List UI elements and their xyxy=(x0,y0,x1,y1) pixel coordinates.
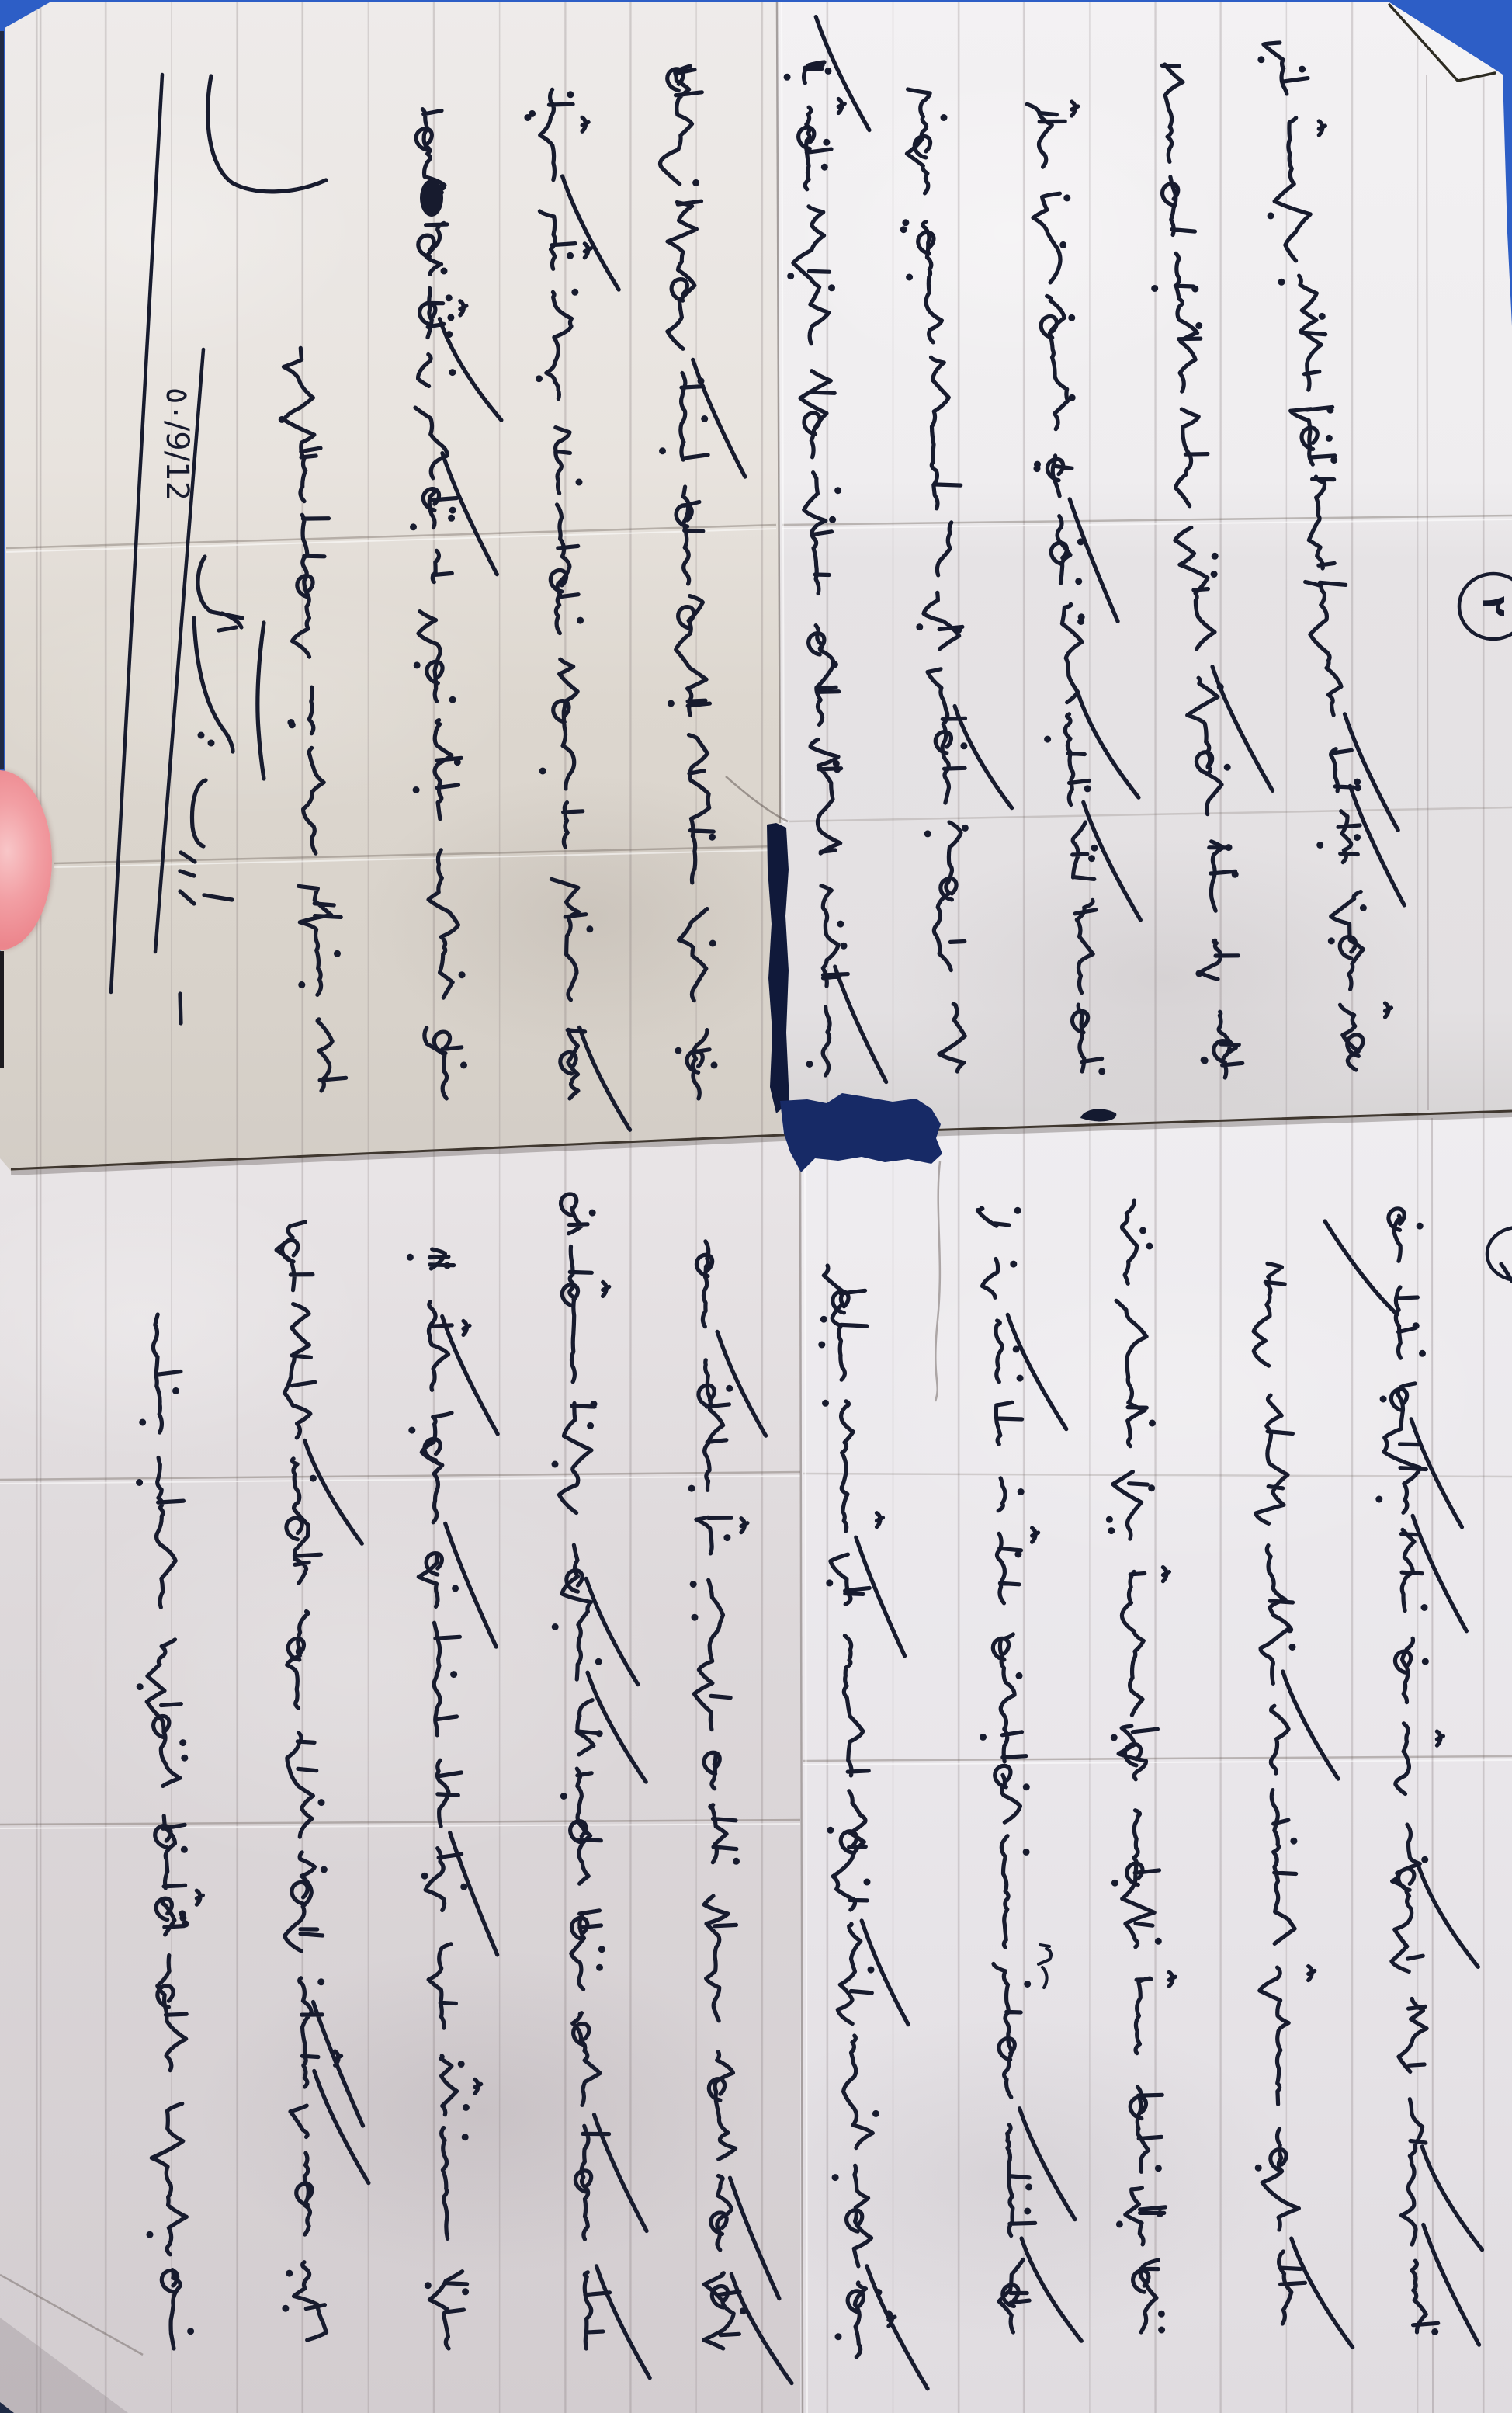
handwritten-line xyxy=(1027,102,1140,1075)
handwritten-line xyxy=(688,1241,792,2383)
handwritten-line xyxy=(1106,1200,1175,2333)
handwritten-line xyxy=(407,1249,498,2349)
handwritten-line xyxy=(279,348,346,1091)
handwritten-line xyxy=(552,1194,650,2378)
crossed-out-word-blot xyxy=(420,179,443,217)
ink-layer xyxy=(0,0,1512,2413)
page-number-text: ٢ xyxy=(1474,596,1512,617)
handwritten-line xyxy=(1151,64,1272,1078)
interlinear-insertion xyxy=(1039,1945,1051,1988)
handwritten-line xyxy=(1254,1263,1353,2347)
date-day: 12 xyxy=(159,461,195,501)
page-number-circle-cut-off xyxy=(1487,1227,1512,1281)
handwritten-line xyxy=(136,1314,203,2349)
folded-corner xyxy=(1389,2,1498,81)
handwritten-line xyxy=(900,89,1012,1071)
handwritten-line xyxy=(818,1266,928,2389)
handwritten-line xyxy=(1375,1209,1482,2345)
handwritten-line xyxy=(784,17,886,1082)
signature-rules xyxy=(111,75,326,992)
handwritten-line xyxy=(659,66,745,1099)
letter-date: ٥٠/9/12 xyxy=(161,387,192,501)
handwritten-line xyxy=(977,1207,1081,2341)
handwritten-line xyxy=(410,109,501,1099)
letter-photo: ٢ ٥٠/9/12 xyxy=(0,0,1512,2413)
fold-creases xyxy=(0,2,1512,2413)
date-separator: / xyxy=(159,421,195,431)
handwritten-line xyxy=(276,1222,369,2340)
tear-hole xyxy=(767,823,1116,1172)
date-month: 9 xyxy=(159,431,195,450)
handwritten-line xyxy=(524,89,629,1130)
handwritten-line xyxy=(1257,43,1404,1070)
date-separator: / xyxy=(159,451,195,461)
signature xyxy=(180,557,264,1023)
closing-stroke xyxy=(1325,1221,1397,1314)
page-number: ٢ xyxy=(1476,596,1510,617)
date-year: ٥٠ xyxy=(159,387,195,421)
